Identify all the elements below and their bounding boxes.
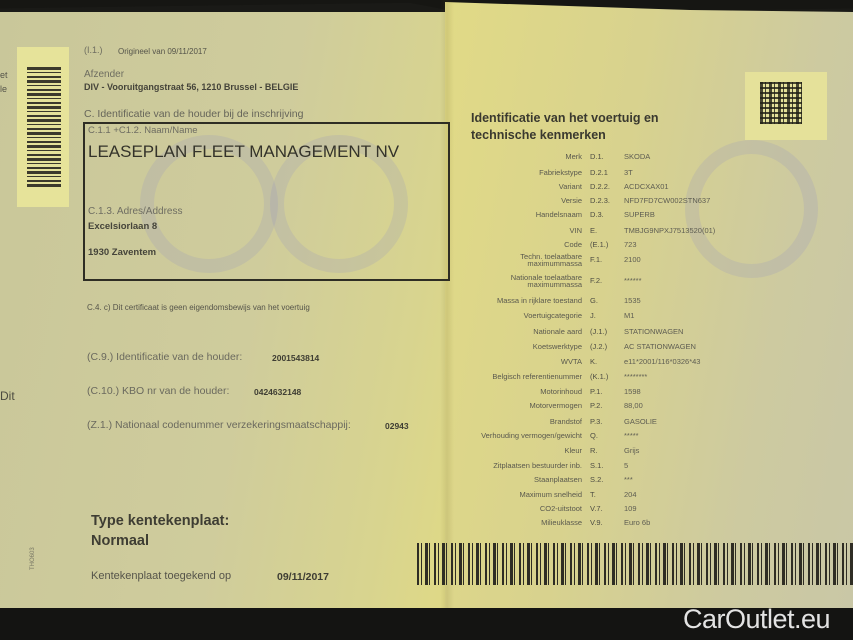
sender-value: DIV - Vooruitgangstraat 56, 1210 Brussel… bbox=[84, 82, 298, 92]
spec-label: Kleur bbox=[564, 446, 582, 455]
spec-label: Voertuigcategorie bbox=[524, 311, 582, 320]
spec-row: Koetswerktype(J.2.)AC STATIONWAGEN bbox=[470, 342, 770, 354]
spec-value: ACDCXAX01 bbox=[624, 182, 669, 191]
spec-code: R. bbox=[590, 446, 598, 455]
spec-label: CO2-uitstoot bbox=[540, 504, 582, 513]
spec-code: F.1. bbox=[590, 255, 602, 264]
spec-row: MilieuklasseV.9.Euro 6b bbox=[470, 518, 770, 530]
spec-label: Zitplaatsen bestuurder inb. bbox=[493, 461, 582, 470]
spec-code: S.2. bbox=[590, 475, 603, 484]
spec-value: SKODA bbox=[624, 152, 650, 161]
spec-label: Handelsnaam bbox=[536, 210, 582, 219]
holder-name-label: C.1.1 +C1.2. Naam/Name bbox=[88, 125, 198, 136]
spec-row: BrandstofP.3.GASOLIE bbox=[470, 417, 770, 429]
spec-value: ******** bbox=[624, 372, 647, 381]
spec-label: Nationale aard bbox=[533, 327, 582, 336]
spec-value: 88,00 bbox=[624, 401, 643, 410]
spec-value: AC STATIONWAGEN bbox=[624, 342, 696, 351]
spec-label: Techn. toelaatbare maximummassa bbox=[472, 253, 582, 267]
spec-label: Massa in rijklare toestand bbox=[497, 296, 582, 305]
spec-value: Euro 6b bbox=[624, 518, 650, 527]
spec-code: Q. bbox=[590, 431, 598, 440]
spec-row: StaanplaatsenS.2.*** bbox=[470, 475, 770, 487]
spec-code: K. bbox=[590, 357, 597, 366]
spec-code: J. bbox=[590, 311, 596, 320]
sender-label: Afzender bbox=[84, 69, 124, 80]
plate-assigned-value: 09/11/2017 bbox=[277, 571, 329, 583]
margin-fragment: le bbox=[0, 84, 7, 94]
spec-label: Nationale toelaatbare maximummassa bbox=[472, 274, 582, 288]
spec-value: M1 bbox=[624, 311, 634, 320]
spec-row: VINE.TMBJG9NPXJ7513520(01) bbox=[470, 226, 770, 238]
spec-row: Belgisch referentienummer(K.1.)******** bbox=[470, 372, 770, 384]
spec-value: 1535 bbox=[624, 296, 641, 305]
spec-label: WVTA bbox=[561, 357, 582, 366]
vehicle-title-line2: technische kenmerken bbox=[471, 128, 606, 142]
c4-note: C.4. c) Dit certificaat is geen eigendom… bbox=[87, 303, 310, 312]
qr-code bbox=[745, 72, 827, 140]
spec-row: HandelsnaamD.3.SUPERB bbox=[470, 210, 770, 222]
holder-section-title: C. Identificatie van de houder bij de in… bbox=[84, 108, 303, 120]
spec-label: Verhouding vermogen/gewicht bbox=[481, 431, 582, 440]
margin-fragment: Dit bbox=[0, 389, 15, 403]
spec-code: P.1. bbox=[590, 387, 602, 396]
spec-value: 109 bbox=[624, 504, 637, 513]
spec-code: (K.1.) bbox=[590, 372, 608, 381]
spec-label: Staanplaatsen bbox=[534, 475, 582, 484]
spec-code: F.2. bbox=[590, 276, 602, 285]
horizontal-barcode bbox=[417, 543, 853, 585]
spec-row: Verhouding vermogen/gewichtQ.***** bbox=[470, 431, 770, 443]
spec-value: e11*2001/116*0326*43 bbox=[624, 357, 700, 366]
plate-assigned-label: Kentekenplaat toegekend op bbox=[91, 570, 231, 582]
spec-code: P.3. bbox=[590, 417, 602, 426]
spec-label: Motorvermogen bbox=[529, 401, 582, 410]
origin-text: Origineel van 09/11/2017 bbox=[118, 47, 207, 56]
z1-label: (Z.1.) Nationaal codenummer verzekerings… bbox=[87, 419, 351, 431]
spec-label: VIN bbox=[569, 226, 582, 235]
spec-code: T. bbox=[590, 490, 596, 499]
page-fold bbox=[440, 0, 454, 612]
spec-row: Nationale toelaatbare maximummassaF.2.**… bbox=[470, 276, 770, 288]
holder-name: LEASEPLAN FLEET MANAGEMENT NV bbox=[88, 142, 399, 162]
holder-address-line1: Excelsiorlaan 8 bbox=[88, 221, 157, 232]
spec-code: (J.1.) bbox=[590, 327, 607, 336]
spec-label: Belgisch referentienummer bbox=[492, 372, 582, 381]
caroutlet-logo: CarOutlet.eu bbox=[683, 604, 830, 635]
vertical-barcode bbox=[17, 47, 69, 207]
c9-value: 2001543814 bbox=[272, 353, 319, 363]
vertical-form-code: THO603 bbox=[30, 547, 36, 570]
spec-value: STATIONWAGEN bbox=[624, 327, 683, 336]
spec-value: ***** bbox=[624, 431, 639, 440]
spec-label: Milieuklasse bbox=[541, 518, 582, 527]
spec-value: 723 bbox=[624, 240, 637, 249]
spec-code: V.9. bbox=[590, 518, 603, 527]
spec-label: Fabriekstype bbox=[539, 168, 582, 177]
spec-code: G. bbox=[590, 296, 598, 305]
spec-label: Versie bbox=[561, 196, 582, 205]
spec-row: Nationale aard(J.1.)STATIONWAGEN bbox=[470, 327, 770, 339]
spec-code: S.1. bbox=[590, 461, 603, 470]
spec-label: Motorinhoud bbox=[540, 387, 582, 396]
spec-code: D.1. bbox=[590, 152, 604, 161]
spec-row: VersieD.2.3.NFD7FD7CW002STN637 bbox=[470, 196, 770, 208]
spec-value: GASOLIE bbox=[624, 417, 657, 426]
vehicle-title-line1: Identificatie van het voertuig en bbox=[471, 111, 659, 125]
spec-label: Brandstof bbox=[550, 417, 582, 426]
spec-row: VoertuigcategorieJ.M1 bbox=[470, 311, 770, 323]
spec-row: Code(E.1.)723 bbox=[470, 240, 770, 252]
spec-value: SUPERB bbox=[624, 210, 655, 219]
spec-label: Code bbox=[564, 240, 582, 249]
spec-row: Maximum snelheidT.204 bbox=[470, 490, 770, 502]
c9-label: (C.9.) Identificatie van de houder: bbox=[87, 351, 242, 363]
spec-row: WVTAK.e11*2001/116*0326*43 bbox=[470, 357, 770, 369]
margin-fragment: et bbox=[0, 70, 8, 80]
holder-address-label: C.1.3. Adres/Address bbox=[88, 206, 183, 217]
spec-row: MerkD.1.SKODA bbox=[470, 152, 770, 164]
spec-code: D.2.3. bbox=[590, 196, 610, 205]
spec-row: KleurR.Grijs bbox=[470, 446, 770, 458]
spec-code: E. bbox=[590, 226, 597, 235]
spec-row: FabriekstypeD.2.13T bbox=[470, 168, 770, 180]
spec-value: ****** bbox=[624, 276, 642, 285]
spec-label: Koetswerktype bbox=[533, 342, 582, 351]
spec-row: MotorvermogenP.2.88,00 bbox=[470, 401, 770, 413]
spec-code: D.2.2. bbox=[590, 182, 610, 191]
spec-label: Merk bbox=[565, 152, 582, 161]
spec-label: Maximum snelheid bbox=[519, 490, 582, 499]
spec-code: V.7. bbox=[590, 504, 603, 513]
c10-value: 0424632148 bbox=[254, 387, 301, 397]
origin-ref: (I.1.) bbox=[84, 45, 103, 55]
spec-value: 2100 bbox=[624, 255, 641, 264]
spec-value: Grijs bbox=[624, 446, 639, 455]
plate-type-value: Normaal bbox=[91, 533, 149, 549]
spec-row: MotorinhoudP.1.1598 bbox=[470, 387, 770, 399]
spec-code: P.2. bbox=[590, 401, 602, 410]
spec-code: D.2.1 bbox=[590, 168, 608, 177]
spec-value: NFD7FD7CW002STN637 bbox=[624, 196, 710, 205]
spec-code: (J.2.) bbox=[590, 342, 607, 351]
spec-code: D.3. bbox=[590, 210, 604, 219]
spec-value: 1598 bbox=[624, 387, 641, 396]
spec-row: Massa in rijklare toestandG.1535 bbox=[470, 296, 770, 308]
z1-value: 02943 bbox=[385, 421, 409, 431]
spec-value: 3T bbox=[624, 168, 633, 177]
spec-value: *** bbox=[624, 475, 633, 484]
spec-row: Zitplaatsen bestuurder inb.S.1.5 bbox=[470, 461, 770, 473]
holder-address-line2: 1930 Zaventem bbox=[88, 247, 156, 258]
spec-row: Techn. toelaatbare maximummassaF.1.2100 bbox=[470, 255, 770, 267]
c10-label: (C.10.) KBO nr van de houder: bbox=[87, 385, 229, 397]
plate-type-label: Type kentekenplaat: bbox=[91, 513, 229, 529]
spec-label: Variant bbox=[559, 182, 582, 191]
spec-value: 5 bbox=[624, 461, 628, 470]
spec-row: VariantD.2.2.ACDCXAX01 bbox=[470, 182, 770, 194]
spec-value: 204 bbox=[624, 490, 637, 499]
spec-row: CO2-uitstootV.7.109 bbox=[470, 504, 770, 516]
spec-value: TMBJG9NPXJ7513520(01) bbox=[624, 226, 715, 235]
spec-code: (E.1.) bbox=[590, 240, 608, 249]
